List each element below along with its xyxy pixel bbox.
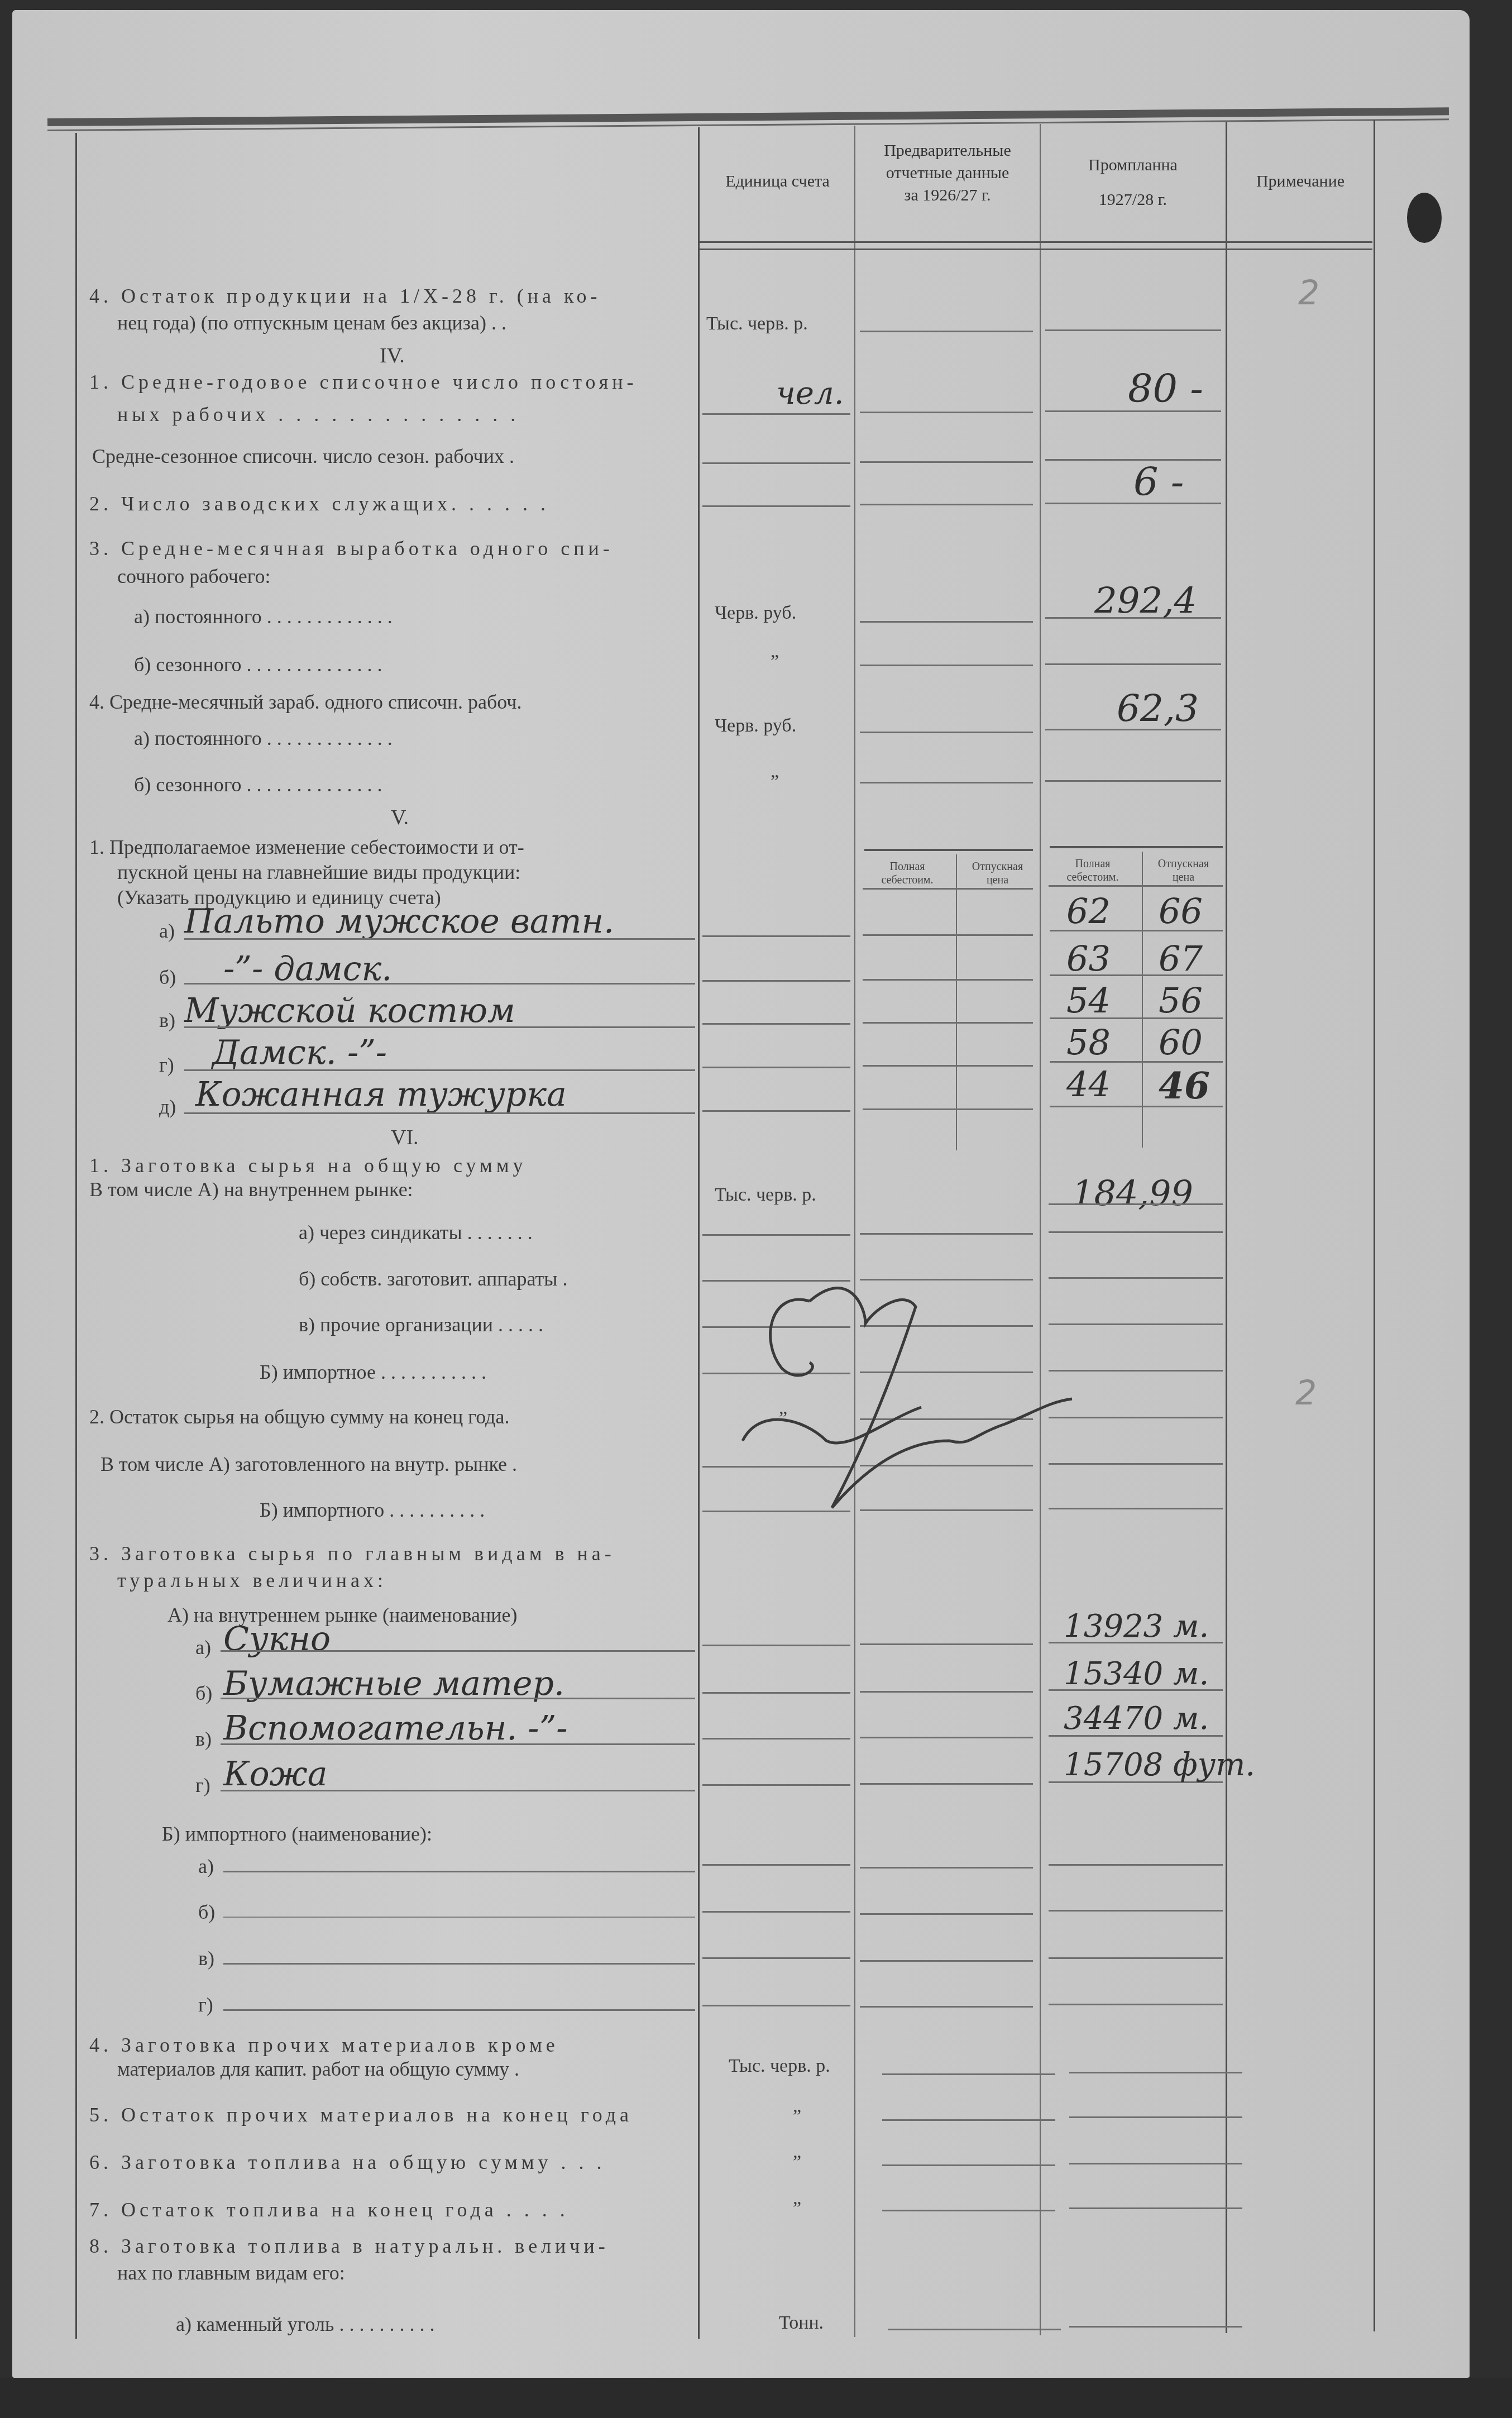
row-letter: б): [159, 965, 176, 990]
rule: [860, 2006, 1033, 2008]
col-line-prelim: [854, 126, 855, 2337]
s6-item4-label1: 4. Заготовка прочих материалов кроме: [89, 2033, 559, 2057]
rule: [1049, 1231, 1223, 1233]
rule: [702, 1234, 850, 1236]
rule: [860, 665, 1033, 666]
s5-item1-label2: пускной цены на главнейшие виды продукци…: [117, 860, 520, 885]
s4-item3-b-label: б) сезонного . . . . . . . . . . . . . .: [134, 652, 382, 677]
row-letter: б): [198, 1900, 215, 1924]
product-name: Дамск. -”-: [212, 1033, 387, 1072]
header-plan-line1: Промпланна: [1041, 148, 1224, 183]
rule: [702, 505, 850, 507]
header-prelim: Предварительные отчетные данные за 1926/…: [856, 140, 1039, 207]
row-letter: б): [195, 1681, 212, 1705]
plan-release-price-value: 56: [1159, 980, 1203, 1021]
rule: [1045, 503, 1221, 504]
s6-item7-label: 7. Остаток топлива на конец года . . . .: [89, 2197, 569, 2222]
rule: [221, 1698, 695, 1699]
s6-item5-unit: ”: [793, 2105, 801, 2128]
rule: [1049, 1864, 1223, 1866]
s6-item4-label2: материалов для капит. работ на общую сум…: [117, 2057, 519, 2081]
s3-item4-label1: 4. Остаток продукции на 1/X-28 г. (на ко…: [89, 284, 601, 308]
s4-item3-b-unit: ”: [771, 651, 779, 673]
header-plan: Промпланна 1927/28 г.: [1041, 148, 1224, 217]
s6-item3-label2: туральных величинах:: [117, 1568, 387, 1593]
rule: [702, 1957, 850, 1959]
col-line-right: [1374, 120, 1375, 2331]
rule: [863, 979, 1033, 981]
s4-item4-b-label: б) сезонного . . . . . . . . . . . . . .: [134, 772, 382, 797]
plan-release-price-header: Отпускная цена: [1143, 857, 1224, 884]
s4-item4-unit: Черв. руб.: [715, 715, 796, 737]
rule: [223, 1871, 695, 1872]
rule: [1045, 780, 1221, 782]
rule: [860, 1233, 1033, 1235]
rule: [702, 2005, 850, 2006]
subheader-text: цена: [1143, 871, 1224, 884]
subheader-text: Полная: [1045, 857, 1140, 871]
rule: [860, 621, 1033, 623]
rule: [702, 462, 850, 464]
rule: [702, 1110, 850, 1112]
s6-item8-a-label: а) каменный уголь . . . . . . . . . .: [176, 2312, 434, 2336]
rule: [1049, 885, 1223, 887]
row-letter: в): [159, 1008, 175, 1033]
header-prelim-line1: Предварительные: [856, 140, 1039, 162]
rule: [860, 782, 1033, 783]
subcol-line-prelim: [956, 854, 957, 1150]
plan-full-cost-value: 63: [1066, 938, 1111, 979]
header-unit: Единица счета: [701, 170, 854, 193]
rule: [702, 1738, 850, 1740]
pencil-margin-mark: 2: [1295, 1374, 1317, 1413]
rule: [888, 2329, 1061, 2330]
product-name: Пальто мужское ватн.: [184, 902, 614, 941]
plan-full-cost-header: Полная себестоим.: [1045, 857, 1140, 884]
s6-item3-label1: 3. Заготовка сырья по главным видам в на…: [89, 1541, 615, 1566]
plan-release-price-value: 67: [1159, 938, 1203, 979]
rule: [702, 413, 850, 415]
rule: [223, 1963, 695, 1965]
header-note: Примечание: [1227, 170, 1374, 193]
s6-item1-unit: Тыс. черв. р.: [715, 1184, 816, 1206]
row-letter: в): [195, 1727, 212, 1751]
rule: [702, 1864, 850, 1866]
plan-release-price-value: 60: [1159, 1022, 1203, 1063]
subheader-text: Отпускная: [957, 860, 1038, 873]
s6-item1-label2: В том числе А) на внутреннем рынке:: [89, 1177, 413, 1202]
plan-full-cost-value: 58: [1066, 1022, 1111, 1063]
plan-full-cost-value: 44: [1066, 1064, 1111, 1105]
s6-item7-unit: ”: [793, 2197, 801, 2220]
subheader-text: себестоим.: [860, 873, 955, 887]
s4-item1-label1: 1. Средне-годовое списочное число постоя…: [89, 370, 638, 394]
section-v-numeral: V.: [391, 805, 409, 830]
rule: [863, 888, 1033, 890]
rule: [221, 1650, 695, 1652]
s6-item1-label1: 1. Заготовка сырья на общую сумму: [89, 1153, 527, 1178]
cancellation-scribble-icon: [737, 1256, 1083, 1519]
plan-release-price-value: 66: [1159, 891, 1203, 931]
s6-item1-B: Б) импортное . . . . . . . . . . .: [260, 1360, 486, 1384]
rule: [184, 938, 695, 940]
prelim-release-price-header: Отпускная цена: [957, 860, 1038, 887]
scan-background-bottom: [0, 2378, 1512, 2418]
rule: [860, 1643, 1033, 1645]
rule: [223, 1917, 695, 1918]
rule: [184, 1069, 695, 1071]
punch-hole: [1407, 193, 1442, 243]
plan-value: 13923 м.: [1064, 1608, 1209, 1645]
rule: [702, 1023, 850, 1025]
plan-value: 15340 м.: [1064, 1656, 1209, 1692]
s4-item1-unit-handwritten: чел.: [776, 375, 844, 412]
rule: [184, 1026, 695, 1028]
s6-item6-label: 6. Заготовка топлива на общую сумму . . …: [89, 2150, 606, 2175]
rule: [860, 412, 1033, 413]
s4-seasonal-plan-value: 6 -: [1133, 459, 1184, 505]
rule: [860, 1783, 1033, 1785]
s6-item2-B: Б) импортного . . . . . . . . . .: [260, 1498, 485, 1522]
rule: [1049, 2004, 1223, 2005]
rule: [1049, 1910, 1223, 1912]
plan-full-cost-value: 54: [1066, 980, 1111, 1021]
row-letter: а): [195, 1635, 211, 1660]
rule: [860, 732, 1033, 733]
rule: [860, 1691, 1033, 1693]
s6-item8-label2: нах по главным видам его:: [117, 2261, 345, 2285]
subheader-text: Полная: [860, 860, 955, 873]
row-letter: г): [195, 1773, 210, 1798]
rule: [860, 1913, 1033, 1915]
s3-item4-unit: Тыс. черв. р.: [706, 313, 808, 335]
rule: [702, 1692, 850, 1694]
header-plan-line2: 1927/28 г.: [1041, 183, 1224, 217]
s4-item2-label: 2. Число заводских служащих. . . . . .: [89, 491, 549, 516]
s6-item6-unit: ”: [793, 2151, 801, 2173]
rule: [882, 2210, 1055, 2211]
rule: [860, 461, 1033, 463]
rule: [221, 1790, 695, 1791]
material-name: Вспомогательн. -”-: [223, 1709, 568, 1748]
s4-item1-label2: ных рабочих . . . . . . . . . . . . . .: [117, 402, 519, 427]
row-letter: г): [198, 1992, 213, 2017]
col-line-left: [75, 133, 77, 2339]
section-iv-numeral: IV.: [380, 343, 405, 368]
row-letter: а): [159, 919, 175, 943]
plan-value: 15708 фут.: [1064, 1747, 1255, 1783]
rule: [702, 1645, 850, 1646]
pencil-margin-mark: 2: [1298, 274, 1319, 313]
s6-item1-a: а) через синдикаты . . . . . . .: [299, 1220, 533, 1245]
rule: [1049, 1203, 1223, 1205]
product-name: Кожанная тужурка: [195, 1075, 567, 1114]
s6-item3-A-label: А) на внутреннем рынке (наименование): [168, 1603, 517, 1627]
s6-item5-label: 5. Остаток прочих материалов на конец го…: [89, 2102, 633, 2127]
prelim-full-cost-header: Полная себестоим.: [860, 860, 955, 887]
col-line-note: [1226, 122, 1227, 2333]
rule: [221, 1743, 695, 1745]
col-line-unit: [698, 127, 700, 2339]
rule: [1069, 2326, 1242, 2328]
subcol-line-plan: [1142, 852, 1143, 1148]
rule: [860, 1960, 1033, 1962]
s6-item1-plan-value: 184,99: [1072, 1173, 1193, 1213]
s4-seasonal-label: Средне-сезонное списочн. число сезон. ра…: [92, 444, 514, 469]
material-name: Кожа: [223, 1755, 328, 1794]
s6-item1-b: б) собств. заготовит. аппараты .: [299, 1267, 567, 1291]
rule: [702, 1911, 850, 1913]
rule: [860, 504, 1033, 505]
s4-item4-label: 4. Средне-месячный зараб. одного списочн…: [89, 690, 521, 714]
s4-item4-a-plan-value: 62,3: [1117, 687, 1199, 730]
rule: [1049, 1957, 1223, 1959]
s6-item3-B-label: Б) импортного (наименование):: [162, 1822, 432, 1846]
s4-item4-a-label: а) постоянного . . . . . . . . . . . . .: [134, 726, 393, 751]
rule: [702, 980, 850, 982]
rule: [860, 331, 1033, 332]
plan-value: 34470 м.: [1064, 1700, 1209, 1737]
rule: [702, 1784, 850, 1786]
subheader-rule: [864, 849, 1033, 851]
subheader-rule: [1050, 846, 1223, 848]
rule: [1045, 663, 1221, 665]
row-letter: г): [159, 1053, 174, 1077]
product-name: Мужской костюм: [184, 991, 515, 1030]
rule: [882, 2119, 1055, 2121]
rule: [863, 1108, 1033, 1110]
s4-item3-a-plan-value: 292,4: [1094, 581, 1197, 622]
s6-item4-unit: Тыс. черв. р.: [729, 2055, 830, 2077]
rule: [863, 1022, 1033, 1024]
row-letter: д): [159, 1095, 176, 1119]
s4-item4-b-unit: ”: [771, 771, 779, 793]
material-name: Сукно: [223, 1619, 331, 1659]
s4-item3-label1: 3. Средне-месячная выработка одного спи-: [89, 536, 614, 561]
header-prelim-line2: отчетные данные: [856, 162, 1039, 184]
row-letter: в): [198, 1946, 214, 1971]
s4-item3-label2: сочного рабочего:: [117, 564, 271, 589]
s6-item2-label: 2. Остаток сырья на общую сумму на конец…: [89, 1404, 509, 1429]
s4-item3-a-unit: Черв. руб.: [715, 602, 796, 624]
rule: [860, 1737, 1033, 1738]
rule: [184, 1112, 695, 1114]
header-rule: [700, 241, 1372, 250]
rule: [863, 1065, 1033, 1067]
plan-release-price-value: 46: [1159, 1064, 1210, 1107]
subheader-text: цена: [957, 873, 1038, 887]
rule: [184, 983, 695, 985]
col-line-plan: [1040, 124, 1041, 2335]
rule: [702, 935, 850, 937]
s6-item8-label1: 8. Заготовка топлива в натуральн. величи…: [89, 2234, 609, 2258]
plan-full-cost-value: 62: [1066, 891, 1111, 931]
s4-item1-plan-value: 80 -: [1128, 366, 1203, 412]
subheader-text: Отпускная: [1143, 857, 1224, 871]
rule: [882, 2073, 1055, 2075]
rule: [860, 1867, 1033, 1869]
s6-item8-unit: Тонн.: [779, 2312, 824, 2334]
row-letter: а): [198, 1854, 214, 1879]
s3-item4-label2: нец года) (по отпускным ценам без акциза…: [117, 310, 506, 335]
rule: [882, 2164, 1055, 2166]
s6-item1-v: в) прочие организации . . . . .: [299, 1312, 543, 1337]
rule: [702, 1067, 850, 1068]
s5-item1-label1: 1. Предполагаемое изменение себестоимост…: [89, 835, 524, 859]
rule: [223, 2009, 695, 2011]
s6-item2-a: В том числе А) заготовленного на внутр. …: [101, 1452, 517, 1476]
rule: [863, 934, 1033, 936]
rule: [1069, 2207, 1242, 2209]
rule: [1069, 2163, 1242, 2164]
rule: [1069, 2072, 1242, 2073]
rule: [1069, 2116, 1242, 2118]
header-prelim-line3: за 1926/27 г.: [856, 184, 1039, 207]
s4-item3-a-label: а) постоянного . . . . . . . . . . . . .: [134, 604, 393, 629]
section-vi-numeral: VI.: [391, 1125, 419, 1150]
subheader-text: себестоим.: [1045, 871, 1140, 884]
rule: [1045, 329, 1221, 331]
